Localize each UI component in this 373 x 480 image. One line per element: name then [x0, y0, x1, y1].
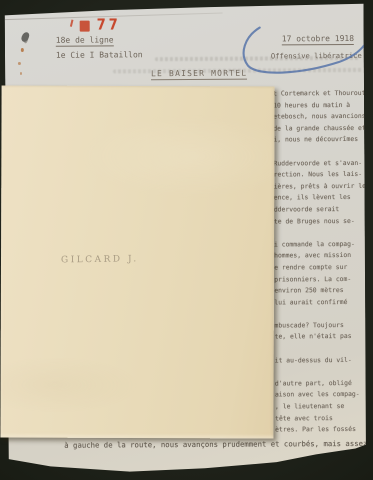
overlay-blank-page: GILCARD J. — [0, 86, 274, 439]
typed-line-fragment: de la grande chaussée et — [273, 123, 373, 135]
typed-line-fragment — [274, 308, 373, 320]
stamp-tick-icon — [70, 20, 74, 27]
typed-line-fragment: aison avec les compag- — [275, 389, 373, 401]
typed-text-column: t Cortemarck et Thourout,10 heures du ma… — [273, 88, 373, 436]
typed-line-fragment — [275, 366, 373, 378]
typed-line-fragment: d'autre part, obligé — [275, 378, 373, 390]
typed-line-fragment: i commande la compag- — [274, 239, 373, 251]
typed-line-fragment: te de Bruges nous se- — [274, 215, 373, 227]
typed-line-fragment: hommes, avec mission — [274, 250, 373, 262]
typed-line-fragment: tête avec trois — [275, 412, 373, 424]
pencil-note: GILCARD J. — [61, 254, 139, 265]
typed-line-fragment: environ 250 mètres — [274, 285, 373, 297]
typed-line-fragment: ddervoorde serait — [274, 204, 373, 216]
bottom-typed-line: à gauche de la route, nous avançons prud… — [64, 439, 367, 450]
typed-line-fragment — [275, 343, 373, 355]
typed-line-fragment: etebosch, nous avancions — [273, 111, 373, 123]
typed-line-fragment: i, nous ne découvrîmes — [273, 134, 373, 146]
typed-line-fragment — [274, 227, 373, 239]
typed-line-fragment: ètres. Par les fossés — [275, 424, 373, 436]
stamp-number: 77 — [97, 15, 121, 33]
paper-smudge — [20, 31, 30, 43]
document-scan: 77 18e de ligne 1e Cie I Bataillon 17 oc… — [0, 0, 373, 480]
typed-line-fragment: t Cortemarck et Thourout, — [273, 88, 373, 100]
typed-line-fragment — [273, 146, 373, 158]
typed-line-fragment: prisonniers. La com- — [274, 273, 373, 285]
typed-line-fragment: 10 heures du matin à — [273, 99, 373, 111]
regiment-label: 18e de ligne — [56, 35, 114, 46]
stamp-square-icon — [80, 21, 90, 32]
typed-line-fragment: , le lieutenant se — [275, 401, 373, 413]
typed-line-fragment: Ruddervoorde et s'avan- — [274, 157, 373, 169]
rust-speck — [20, 72, 22, 75]
typed-line-fragment: rection. Nous les lais- — [274, 169, 373, 181]
typed-line-fragment: ence, ils lèvent les — [274, 192, 373, 204]
rust-speck — [21, 48, 24, 52]
typed-line-fragment: ières, prêts à ouvrir le — [274, 181, 373, 193]
typed-line-fragment: it au-dessus du vil- — [275, 354, 373, 366]
typed-line-fragment: e rendre compte sur — [274, 262, 373, 274]
typed-line-fragment: mbuscade? Toujours — [274, 320, 373, 332]
rust-speck — [18, 62, 21, 65]
pen-mark-icon — [227, 20, 373, 85]
typed-line-fragment: lui aurait confirmé — [274, 296, 373, 308]
typed-line-fragment: te, elle n'était pas — [275, 331, 373, 343]
company-label: 1e Cie I Bataillon — [56, 50, 143, 60]
